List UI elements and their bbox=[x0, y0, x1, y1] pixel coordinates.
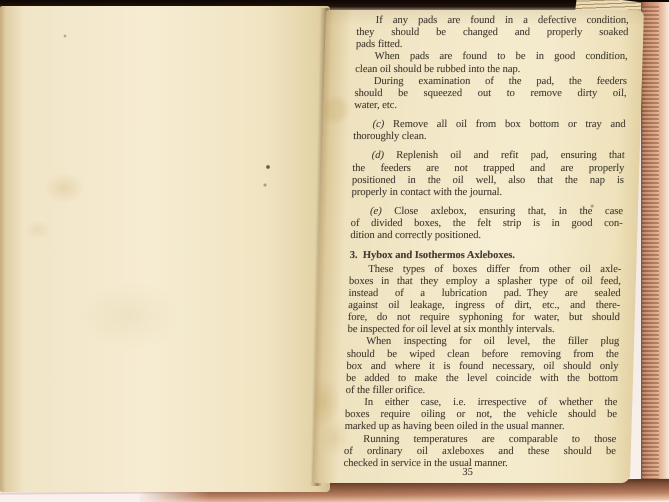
paragraph: These types of boxes differ from other o… bbox=[347, 264, 621, 337]
paragraph: During examination of the pad, the feede… bbox=[354, 76, 627, 112]
text-line: fore, do not require syphoning for water… bbox=[348, 312, 620, 324]
paragraph: (d) Replenish oil and refit pad, ensurin… bbox=[351, 150, 624, 199]
text-line: positioned in the oil well, also that th… bbox=[352, 175, 624, 187]
left-blank-page bbox=[0, 6, 330, 492]
text-line: 3. Hybox and Isothermos Axleboxes. bbox=[350, 250, 622, 262]
text-line: pads fitted. bbox=[356, 39, 628, 51]
book-cover-right-edge bbox=[641, 2, 669, 496]
paragraph: (c) Remove all oil from box bottom or tr… bbox=[353, 119, 626, 143]
text-line: clean oil should be rubbed into the nap. bbox=[355, 64, 627, 76]
text-line: of ordinary oil axleboxes and these shou… bbox=[344, 446, 616, 458]
text-line: be inspected for oil level at six monthl… bbox=[347, 324, 619, 336]
paragraph: When pads are found to be in good condit… bbox=[355, 51, 628, 75]
page-text: If any pads are found in a defective con… bbox=[343, 15, 629, 470]
text-line: boxes require oiling or not, the vehicle… bbox=[345, 409, 617, 421]
text-line: dition and correctly positioned. bbox=[350, 230, 622, 242]
text-line: thoroughly clean. bbox=[353, 131, 625, 143]
section-heading: 3. Hybox and Isothermos Axleboxes. bbox=[350, 250, 622, 262]
text-line: instead of a lubrication pad. They are s… bbox=[348, 288, 620, 300]
text-line: be added to make the level coincide with… bbox=[346, 373, 618, 385]
paragraph: When inspecting for oil level, the fille… bbox=[346, 336, 620, 397]
text-line: should be squeezed out to remove dirty o… bbox=[354, 88, 626, 100]
paragraph: (e) Close axlebox, ensuring that, in the… bbox=[350, 206, 623, 242]
text-line: When pads are found to be in good condit… bbox=[355, 51, 627, 63]
text-line: against oil leakage, ingress of dirt, et… bbox=[348, 300, 620, 312]
text-line: of the filler orifice. bbox=[346, 385, 618, 397]
book-photo: If any pads are found in a defective con… bbox=[0, 0, 669, 502]
text-line: (c) Remove all oil from box bottom or tr… bbox=[353, 119, 625, 131]
text-line: (e) Close axlebox, ensuring that, in the… bbox=[351, 206, 623, 218]
paragraph: Running temperatures are comparable to t… bbox=[343, 434, 616, 470]
text-line: If any pads are found in a defective con… bbox=[356, 15, 628, 27]
text-line: properly in contact with the journal. bbox=[351, 187, 623, 199]
text-line: (d) Replenish oil and refit pad, ensurin… bbox=[352, 150, 624, 162]
paragraph: If any pads are found in a defective con… bbox=[356, 15, 629, 51]
text-line: of divided boxes, the felt strip is in g… bbox=[350, 218, 622, 230]
text-line: During examination of the pad, the feede… bbox=[355, 76, 627, 88]
right-page: If any pads are found in a defective con… bbox=[312, 10, 644, 483]
text-line: Running temperatures are comparable to t… bbox=[344, 434, 616, 446]
text-line: water, etc. bbox=[354, 100, 626, 112]
text-line: When inspecting for oil level, the fille… bbox=[347, 336, 619, 348]
text-line: In either case, i.e. irrespective of whe… bbox=[345, 397, 617, 409]
text-line: boxes in that they employ a splasher typ… bbox=[349, 276, 621, 288]
text-line: box and where it is found necessary, oil… bbox=[346, 361, 618, 373]
text-line: the feeders are not trapped and are prop… bbox=[352, 163, 624, 175]
text-line: These types of boxes differ from other o… bbox=[349, 264, 621, 276]
text-line: should be wiped clean before removing fr… bbox=[347, 349, 619, 361]
text-line: marked up as having been oiled in the us… bbox=[344, 421, 616, 433]
text-line: they should be changed and properly soak… bbox=[356, 27, 628, 39]
page-number: 35 bbox=[462, 467, 492, 478]
paragraph: In either case, i.e. irrespective of whe… bbox=[344, 397, 617, 433]
